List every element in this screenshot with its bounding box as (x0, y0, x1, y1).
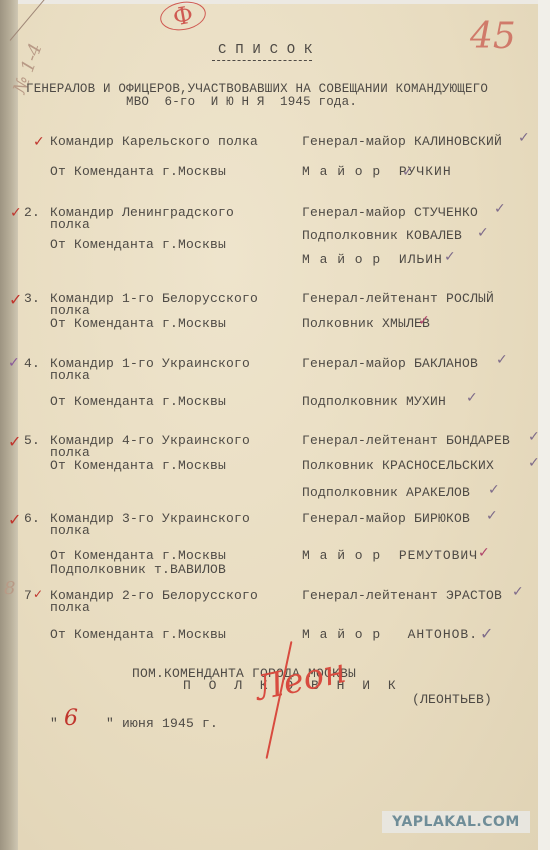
entry-2-right-3: М а й о р ИЛЬИН (302, 252, 443, 267)
entry-1-right-1: Генерал-майор КАЛИНОВСКИЙ (302, 134, 502, 149)
red-check-icon: ✓ (10, 205, 22, 221)
entry-1-left-1: Командир Карельского полка (50, 134, 258, 149)
check-icon: ✓ (518, 130, 530, 146)
date-rest: " июня 1945 г. (106, 716, 218, 731)
entry-6-num: 6. (24, 511, 40, 526)
entry-7-left-3: От Коменданта г.Москвы (50, 627, 226, 642)
check-icon: ✓ (466, 390, 478, 406)
check-icon: ✓ (480, 624, 493, 643)
check-icon: ✓ (512, 584, 524, 600)
entry-3-left-3: От Коменданта г.Москвы (50, 316, 226, 331)
check-icon: ✓ (494, 201, 506, 217)
check-icon: ✓ (418, 313, 430, 329)
entry-5-num: 5. (24, 433, 40, 448)
entry-2-left-2: полка (50, 217, 90, 232)
entry-4-right-2: Подполковник МУХИН (302, 394, 446, 409)
check-icon: ✓ (528, 429, 540, 445)
entry-6-left-4: Подполковник т.ВАВИЛОВ (50, 562, 226, 577)
subtitle-line-1: ГЕНЕРАЛОВ И ОФИЦЕРОВ,УЧАСТВОВАВШИХ НА СО… (26, 82, 488, 96)
check-icon: ✓ (478, 545, 490, 561)
entry-3-num: 3. (24, 291, 40, 306)
red-check-icon: ✓ (8, 355, 20, 371)
signature-name: (ЛЕОНТЬЕВ) (412, 692, 492, 707)
watermark: YAPLAKAL.COM (382, 811, 530, 833)
entry-6-left-2: полка (50, 523, 90, 538)
check-icon: ✓ (488, 482, 500, 498)
margin-pencil-mark: 8 (4, 578, 15, 599)
entry-2-right-2: Подполковник КОВАЛЕВ (302, 228, 462, 243)
entry-1-left-2: От Коменданта г.Москвы (50, 164, 226, 179)
check-icon: ✓ (444, 249, 456, 265)
check-icon: ✓ (477, 225, 489, 241)
page-right-margin (538, 0, 550, 850)
check-icon: ✓ (486, 508, 498, 524)
entry-6-right-1: Генерал-майор БИРЮКОВ (302, 511, 470, 526)
entry-2-right-1: Генерал-майор СТУЧЕНКО (302, 205, 478, 220)
red-check-icon: ✓ (9, 290, 22, 309)
title-underline (212, 60, 312, 61)
entry-6-left-3: От Коменданта г.Москвы (50, 548, 226, 563)
entry-6-right-2: М а й о р РЕМУТОВИЧ (302, 548, 478, 563)
entry-4-left-3: От Коменданта г.Москвы (50, 394, 226, 409)
document-page (18, 4, 538, 850)
red-check-icon: ✓ (8, 510, 21, 529)
date-day-handwritten: 6 (64, 706, 78, 731)
entry-5-left-3: От Коменданта г.Москвы (50, 458, 226, 473)
entry-7-right-2: М а й о р АНТОНОВ. (302, 627, 478, 642)
entry-4-right-1: Генерал-майор БАКЛАНОВ (302, 356, 478, 371)
entry-7-num: 7 (24, 588, 32, 603)
document-title: С П И С О К (218, 42, 313, 58)
entry-5-right-2: Полковник КРАСНОСЕЛЬСКИХ (302, 458, 494, 473)
entry-5-right-3: Подполковник АРАКЕЛОВ (302, 485, 470, 500)
red-check-icon: ✓ (33, 134, 45, 150)
entry-7-left-2: полка (50, 600, 90, 615)
red-check-icon: ✓ (33, 587, 43, 601)
entry-5-right-1: Генерал-лейтенант БОНДАРЕВ (302, 433, 510, 448)
red-check-icon: ✓ (8, 432, 21, 451)
entry-2-num: 2. (24, 205, 40, 220)
entry-4-left-2: полка (50, 368, 90, 383)
entry-1-right-2: М а й о р РУЧКИН (302, 164, 452, 179)
entry-3-right-2: Полковник ХМЫЛЕВ (302, 316, 430, 331)
entry-2-left-3: От Коменданта г.Москвы (50, 237, 226, 252)
binding-edge (0, 0, 18, 850)
date-quote-open: " (50, 716, 58, 731)
subtitle-line-2: МВО 6-го И Ю Н Я 1945 года. (126, 95, 357, 109)
check-icon: ✓ (528, 455, 540, 471)
check-icon: ✓ (496, 352, 508, 368)
entry-4-num: 4. (24, 356, 40, 371)
check-icon: ✓ (402, 164, 414, 180)
entry-3-right-1: Генерал-лейтенант РОСЛЫЙ (302, 291, 494, 306)
entry-7-right-1: Генерал-лейтенант ЭРАСТОВ (302, 588, 502, 603)
page-number: 45 (470, 16, 516, 57)
